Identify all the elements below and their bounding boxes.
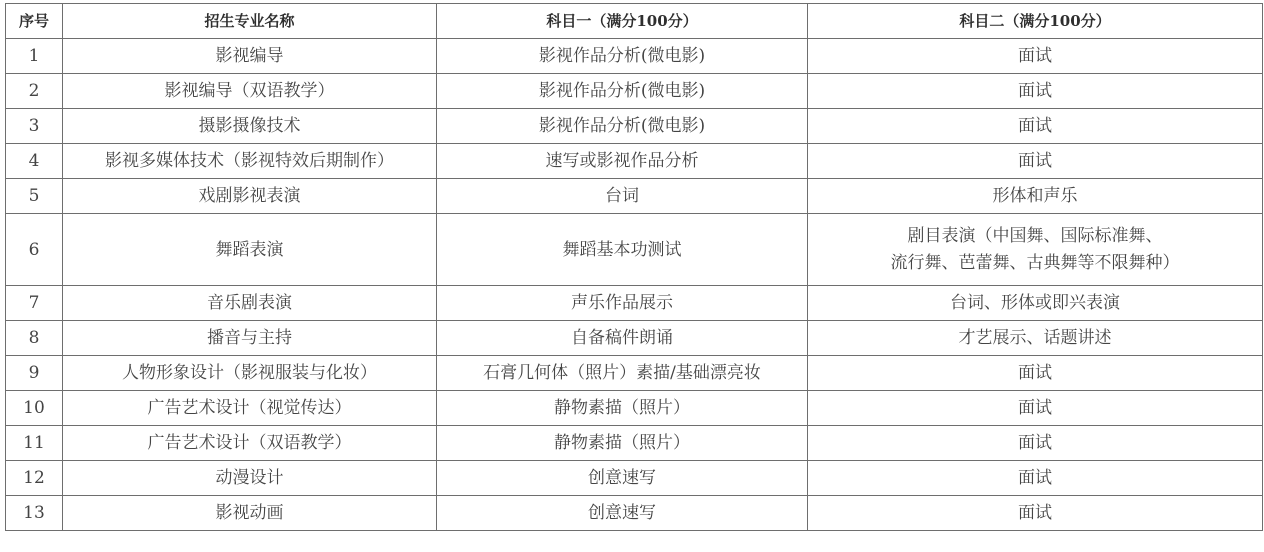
cell-index: 1 [6, 39, 63, 74]
cell-subject2: 面试 [808, 39, 1263, 74]
table-row: 11 广告艺术设计（双语教学） 静物素描（照片） 面试 [6, 426, 1263, 461]
cell-index: 9 [6, 356, 63, 391]
cell-major: 人物形象设计（影视服装与化妆） [63, 356, 437, 391]
cell-subject1: 声乐作品展示 [437, 286, 808, 321]
header-subject1: 科目一（满分100分） [437, 4, 808, 39]
table-row: 2 影视编导（双语教学） 影视作品分析(微电影) 面试 [6, 74, 1263, 109]
cell-subject1: 影视作品分析(微电影) [437, 39, 808, 74]
table-row: 3 摄影摄像技术 影视作品分析(微电影) 面试 [6, 109, 1263, 144]
cell-index: 10 [6, 391, 63, 426]
table-row: 12 动漫设计 创意速写 面试 [6, 461, 1263, 496]
cell-subject2-line1: 剧目表演（中国舞、国际标准舞、 [808, 223, 1262, 250]
cell-index: 5 [6, 179, 63, 214]
table-row: 8 播音与主持 自备稿件朗诵 才艺展示、话题讲述 [6, 321, 1263, 356]
header-major: 招生专业名称 [63, 4, 437, 39]
cell-index: 2 [6, 74, 63, 109]
header-subject2: 科目二（满分100分） [808, 4, 1263, 39]
cell-index: 11 [6, 426, 63, 461]
cell-major: 戏剧影视表演 [63, 179, 437, 214]
cell-subject1: 速写或影视作品分析 [437, 144, 808, 179]
cell-subject2: 面试 [808, 74, 1263, 109]
exam-subjects-table: 序号 招生专业名称 科目一（满分100分） 科目二（满分100分） 1 影视编导… [5, 3, 1263, 531]
table-header-row: 序号 招生专业名称 科目一（满分100分） 科目二（满分100分） [6, 4, 1263, 39]
cell-subject2: 面试 [808, 461, 1263, 496]
table-row: 5 戏剧影视表演 台词 形体和声乐 [6, 179, 1263, 214]
cell-subject2: 面试 [808, 109, 1263, 144]
cell-index: 6 [6, 214, 63, 286]
table-row: 9 人物形象设计（影视服装与化妆） 石膏几何体（照片）素描/基础漂亮妆 面试 [6, 356, 1263, 391]
cell-index: 13 [6, 496, 63, 531]
cell-index: 8 [6, 321, 63, 356]
cell-subject1: 自备稿件朗诵 [437, 321, 808, 356]
table-row: 1 影视编导 影视作品分析(微电影) 面试 [6, 39, 1263, 74]
cell-major: 音乐剧表演 [63, 286, 437, 321]
cell-subject2: 形体和声乐 [808, 179, 1263, 214]
cell-major: 广告艺术设计（视觉传达） [63, 391, 437, 426]
cell-subject2: 台词、形体或即兴表演 [808, 286, 1263, 321]
cell-index: 12 [6, 461, 63, 496]
cell-index: 3 [6, 109, 63, 144]
cell-index: 4 [6, 144, 63, 179]
cell-major: 影视编导（双语教学） [63, 74, 437, 109]
cell-subject1: 静物素描（照片） [437, 426, 808, 461]
cell-subject2: 才艺展示、话题讲述 [808, 321, 1263, 356]
cell-subject1: 影视作品分析(微电影) [437, 74, 808, 109]
table-row: 6 舞蹈表演 舞蹈基本功测试 剧目表演（中国舞、国际标准舞、 流行舞、芭蕾舞、古… [6, 214, 1263, 286]
cell-subject2: 剧目表演（中国舞、国际标准舞、 流行舞、芭蕾舞、古典舞等不限舞种） [808, 214, 1263, 286]
header-index: 序号 [6, 4, 63, 39]
table-row: 10 广告艺术设计（视觉传达） 静物素描（照片） 面试 [6, 391, 1263, 426]
cell-major: 广告艺术设计（双语教学） [63, 426, 437, 461]
cell-major: 影视编导 [63, 39, 437, 74]
table-row: 4 影视多媒体技术（影视特效后期制作） 速写或影视作品分析 面试 [6, 144, 1263, 179]
cell-subject1: 石膏几何体（照片）素描/基础漂亮妆 [437, 356, 808, 391]
cell-major: 摄影摄像技术 [63, 109, 437, 144]
table-row: 7 音乐剧表演 声乐作品展示 台词、形体或即兴表演 [6, 286, 1263, 321]
table-row: 13 影视动画 创意速写 面试 [6, 496, 1263, 531]
cell-subject1: 影视作品分析(微电影) [437, 109, 808, 144]
cell-major: 舞蹈表演 [63, 214, 437, 286]
cell-major: 影视动画 [63, 496, 437, 531]
cell-index: 7 [6, 286, 63, 321]
cell-subject1: 台词 [437, 179, 808, 214]
cell-subject2: 面试 [808, 426, 1263, 461]
cell-subject1: 静物素描（照片） [437, 391, 808, 426]
cell-subject1: 创意速写 [437, 461, 808, 496]
cell-major: 播音与主持 [63, 321, 437, 356]
cell-subject2: 面试 [808, 356, 1263, 391]
cell-major: 影视多媒体技术（影视特效后期制作） [63, 144, 437, 179]
cell-major: 动漫设计 [63, 461, 437, 496]
cell-subject2: 面试 [808, 144, 1263, 179]
cell-subject2-line2: 流行舞、芭蕾舞、古典舞等不限舞种） [808, 250, 1262, 277]
cell-subject2: 面试 [808, 496, 1263, 531]
cell-subject1: 舞蹈基本功测试 [437, 214, 808, 286]
cell-subject2: 面试 [808, 391, 1263, 426]
cell-subject1: 创意速写 [437, 496, 808, 531]
